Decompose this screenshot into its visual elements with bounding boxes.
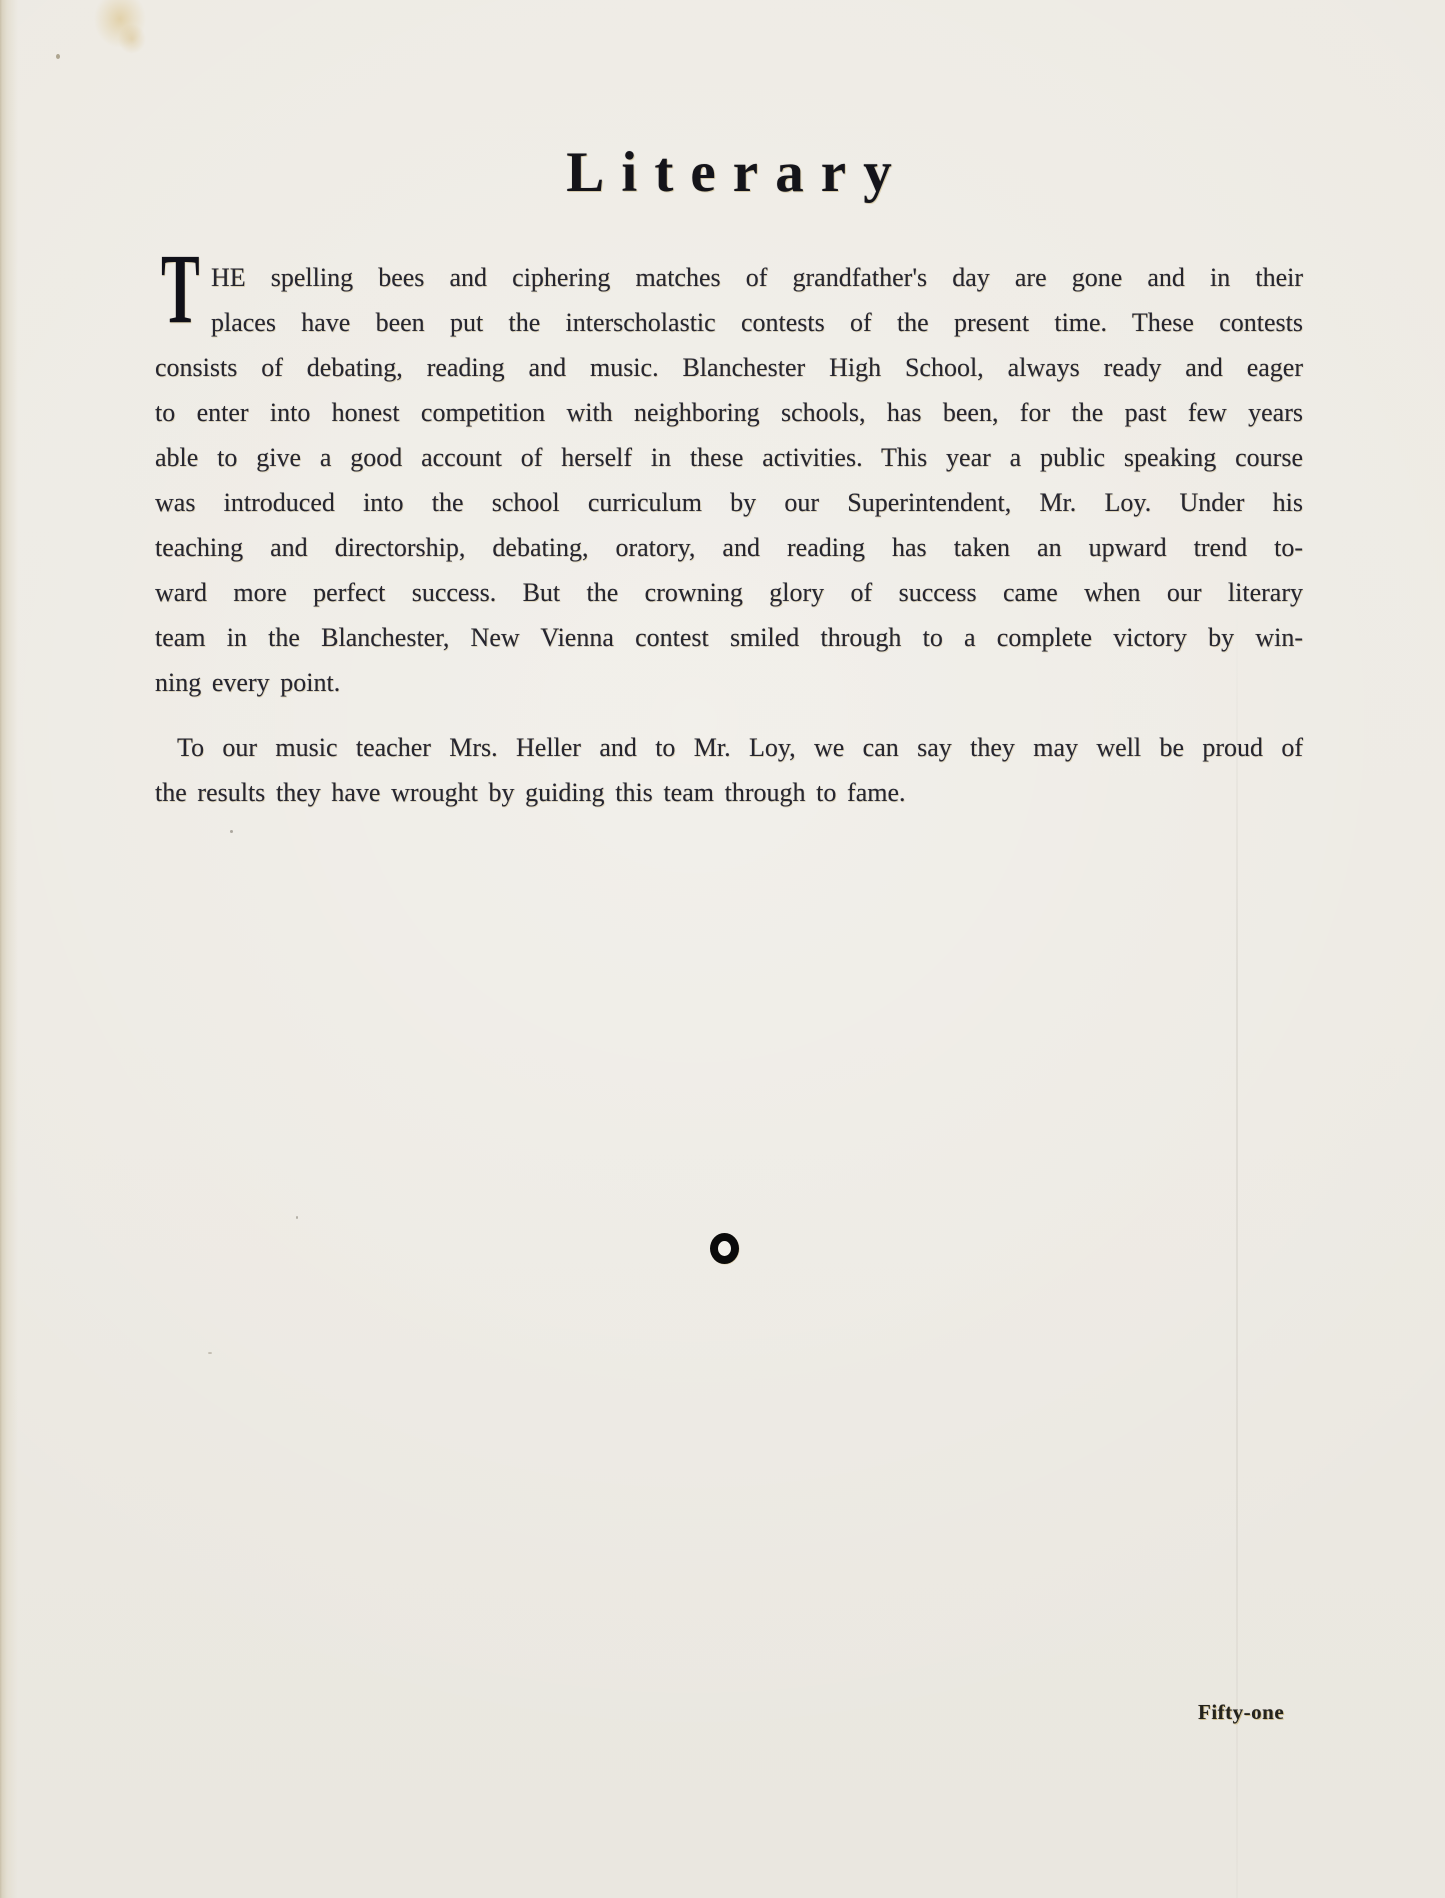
text-line: ning every point. [155, 660, 1303, 705]
text-line: consists of debating, reading and music.… [155, 345, 1303, 390]
yearbook-page: Literary T HE spelling bees and cipherin… [0, 0, 1445, 1898]
ring-ornament [710, 1233, 739, 1264]
text-line: the results they have wrought by guiding… [155, 770, 1303, 815]
paper-speck [56, 54, 60, 59]
text-line: To our music teacher Mrs. Heller and to … [155, 725, 1303, 770]
paragraph-2: To our music teacher Mrs. Heller and to … [155, 725, 1303, 815]
paper-speck [296, 1216, 298, 1219]
paper-stain [118, 24, 146, 54]
text-line: team in the Blanchester, New Vienna cont… [155, 615, 1303, 660]
article-body: T HE spelling bees and ciphering matches… [155, 255, 1303, 815]
text-line: able to give a good account of herself i… [155, 435, 1303, 480]
text-line: places have been put the interscholastic… [155, 300, 1303, 345]
paper-speck [230, 830, 233, 833]
paper-speck [208, 1352, 212, 1354]
page-number: Fifty-one [1198, 1700, 1284, 1725]
page-title: Literary [155, 140, 1303, 205]
paragraph-1: T HE spelling bees and ciphering matches… [155, 255, 1303, 705]
text-line: to enter into honest competition with ne… [155, 390, 1303, 435]
text-line: teaching and directorship, debating, ora… [155, 525, 1303, 570]
drop-cap: T [161, 239, 200, 339]
text-line: was introduced into the school curriculu… [155, 480, 1303, 525]
scan-edge-shadow [0, 0, 18, 1898]
text-line: HE spelling bees and ciphering matches o… [155, 255, 1303, 300]
text-line: ward more perfect success. But the crown… [155, 570, 1303, 615]
